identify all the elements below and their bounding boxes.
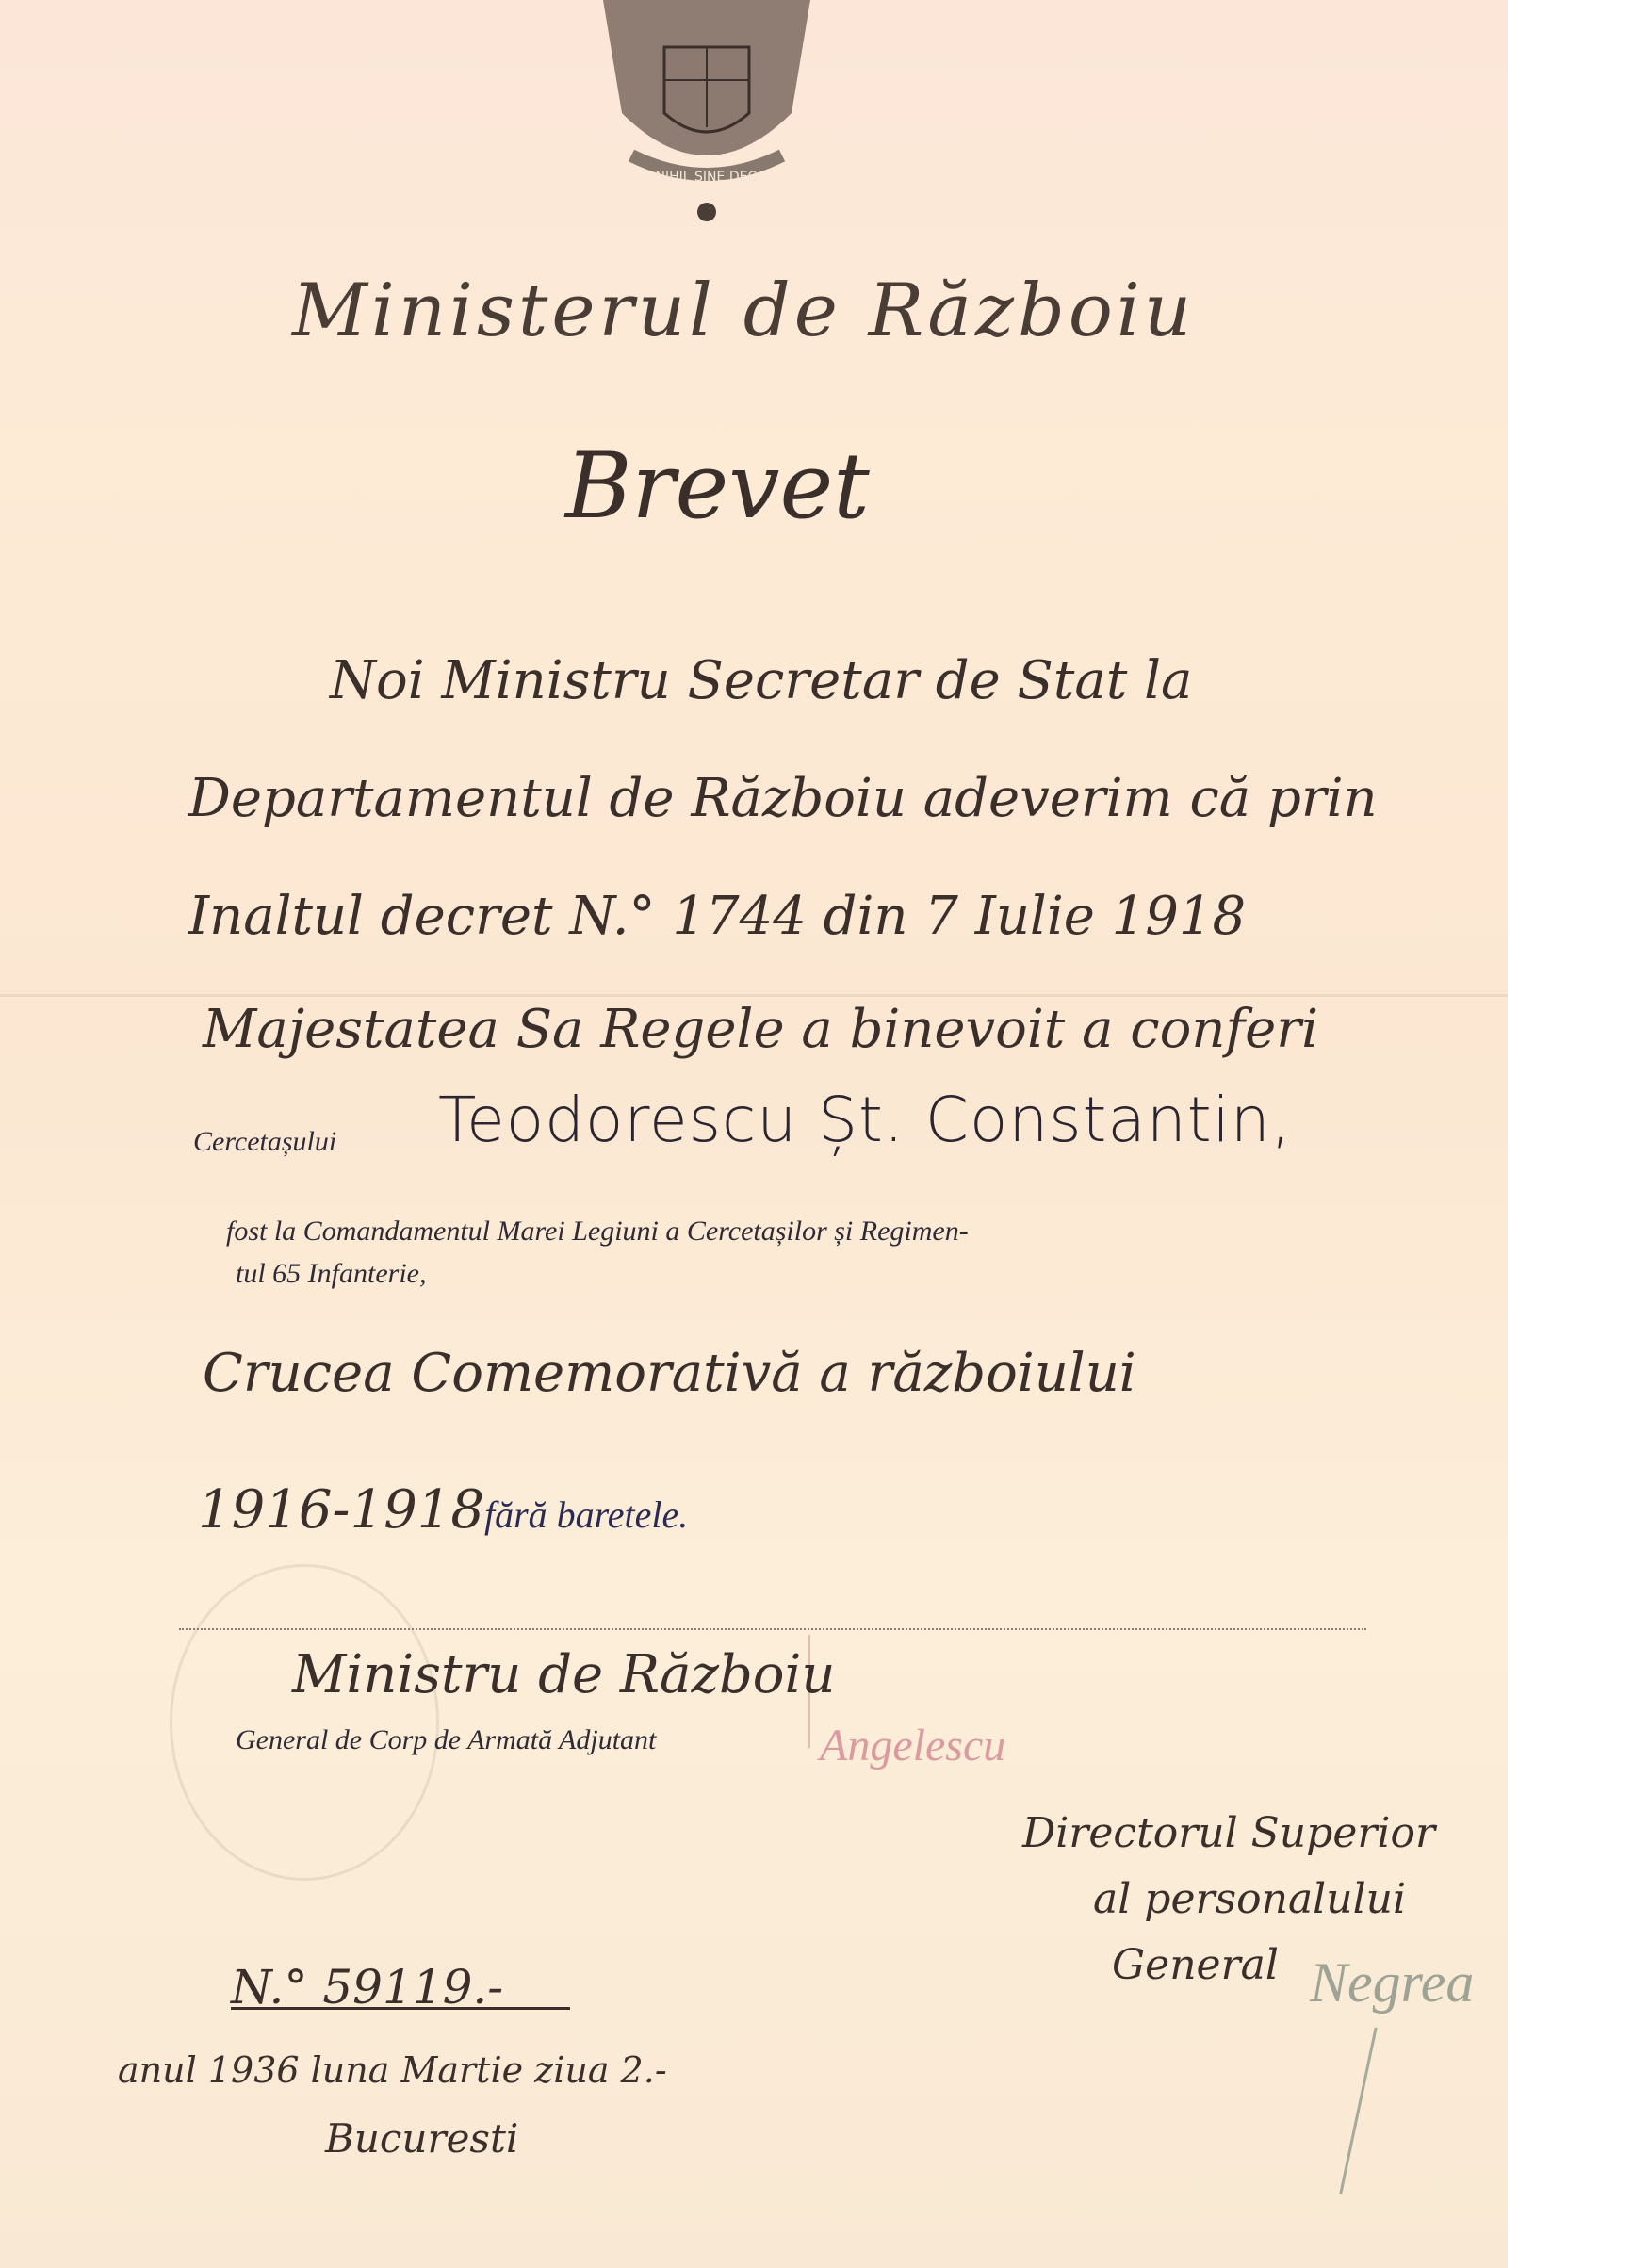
brevet-document: NIHIL SINE DEO Ministerul de Războiu Bre… — [0, 0, 1508, 2268]
document-title: Brevet — [565, 433, 870, 539]
minister-rank: General de Corp de Armată Adjutant — [236, 1724, 656, 1756]
director-rank: General — [1112, 1941, 1279, 1989]
unit-line-1: fost la Comandamentul Marei Legiuni a Ce… — [226, 1216, 969, 1248]
ministry-header: Ministerul de Războiu — [292, 269, 1195, 353]
decoration-years-line: 1916-1918fără baretele. — [198, 1479, 688, 1541]
minister-title: Ministru de Războiu — [292, 1644, 836, 1705]
signature-stroke — [1339, 2028, 1377, 2195]
decoration-line: Crucea Comemorativă a războiului — [203, 1343, 1136, 1404]
minister-signature: Angelescu — [820, 1720, 1005, 1771]
paper-fold — [0, 994, 1508, 997]
body-line-3: Inaltul decret N.° 1744 din 7 Iulie 1918 — [188, 886, 1246, 947]
director-title-line-2: al personalului — [1093, 1875, 1406, 1923]
unit-line-2: tul 65 Infanterie, — [236, 1258, 426, 1290]
number-underline — [231, 2007, 570, 2010]
body-line-2: Departamentul de Războiu adeverim că pri… — [188, 768, 1378, 829]
recipient-prefix: Cercetașului — [193, 1126, 336, 1158]
registration-date: anul 1936 luna Martie ziua 2.- — [118, 2049, 667, 2091]
decoration-years: 1916-1918 — [198, 1479, 484, 1541]
director-title-line-1: Directorul Superior — [1022, 1809, 1435, 1857]
recipient-name: Teodorescu Șt. Constantin, — [438, 1084, 1292, 1156]
dotted-divider — [179, 1628, 1366, 1630]
director-signature: Negrea — [1310, 1950, 1474, 2015]
coat-of-arms-icon: NIHIL SINE DEO — [565, 0, 848, 236]
decoration-handwritten-note: fără baretele. — [484, 1493, 688, 1536]
svg-text:NIHIL SINE DEO: NIHIL SINE DEO — [656, 170, 759, 185]
registration-place: Bucuresti — [325, 2115, 518, 2162]
body-line-1: Noi Ministru Secretar de Stat la — [330, 650, 1192, 711]
body-line-4: Majestatea Sa Regele a binevoit a confer… — [203, 999, 1318, 1060]
faded-seal-stamp — [170, 1564, 439, 1881]
